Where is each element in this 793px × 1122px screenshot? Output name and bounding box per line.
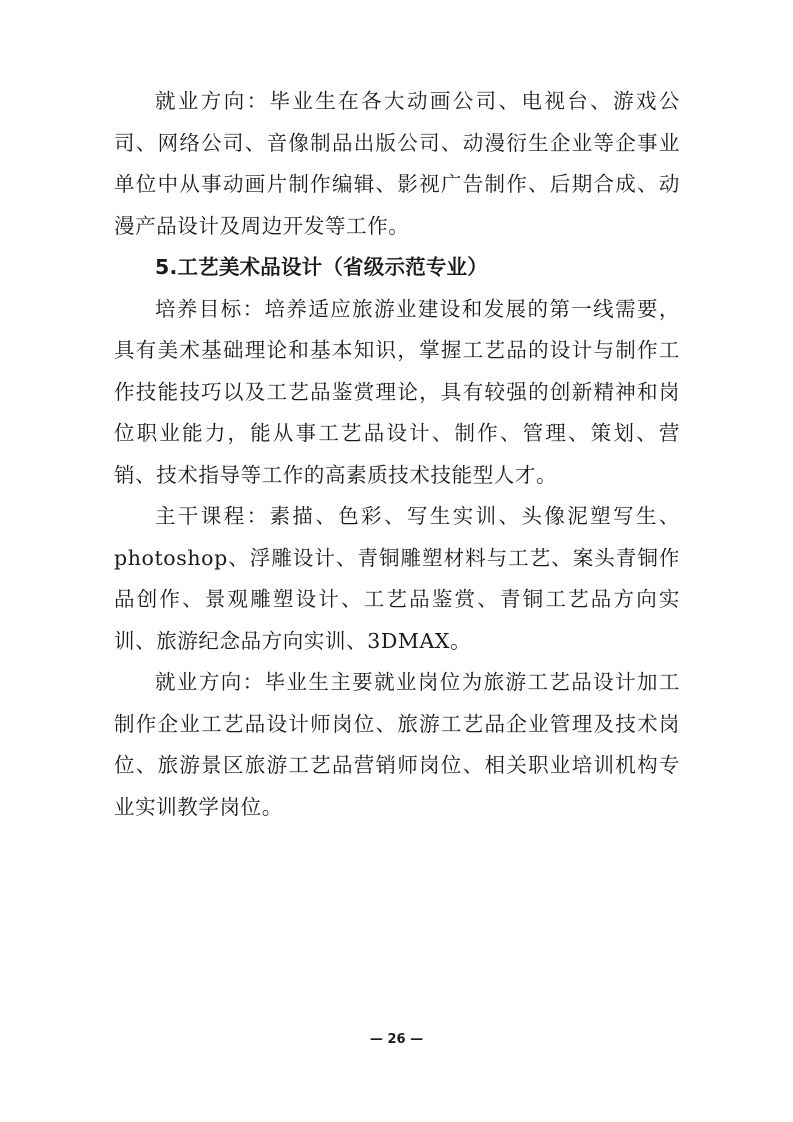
page-content: 就业方向：毕业生在各大动画公司、电视台、游戏公司、网络公司、音像制品出版公司、动…: [114, 81, 680, 828]
paragraph-core-courses: 主干课程：素描、色彩、写生实训、头像泥塑写生、photoshop、浮雕设计、青铜…: [114, 496, 680, 662]
document-page: 就业方向：毕业生在各大动画公司、电视台、游戏公司、网络公司、音像制品出版公司、动…: [0, 0, 793, 1122]
page-number: — 26 —: [0, 1032, 793, 1047]
paragraph-training-objective: 培养目标：培养适应旅游业建设和发展的第一线需要，具有美术基础理论和基本知识，掌握…: [114, 289, 680, 497]
section-heading-craft-design: 5.工艺美术品设计（省级示范专业）: [114, 247, 680, 289]
paragraph-employment-direction-animation: 就业方向：毕业生在各大动画公司、电视台、游戏公司、网络公司、音像制品出版公司、动…: [114, 81, 680, 247]
paragraph-employment-direction-craft: 就业方向：毕业生主要就业岗位为旅游工艺品设计加工制作企业工艺品设计师岗位、旅游工…: [114, 662, 680, 828]
